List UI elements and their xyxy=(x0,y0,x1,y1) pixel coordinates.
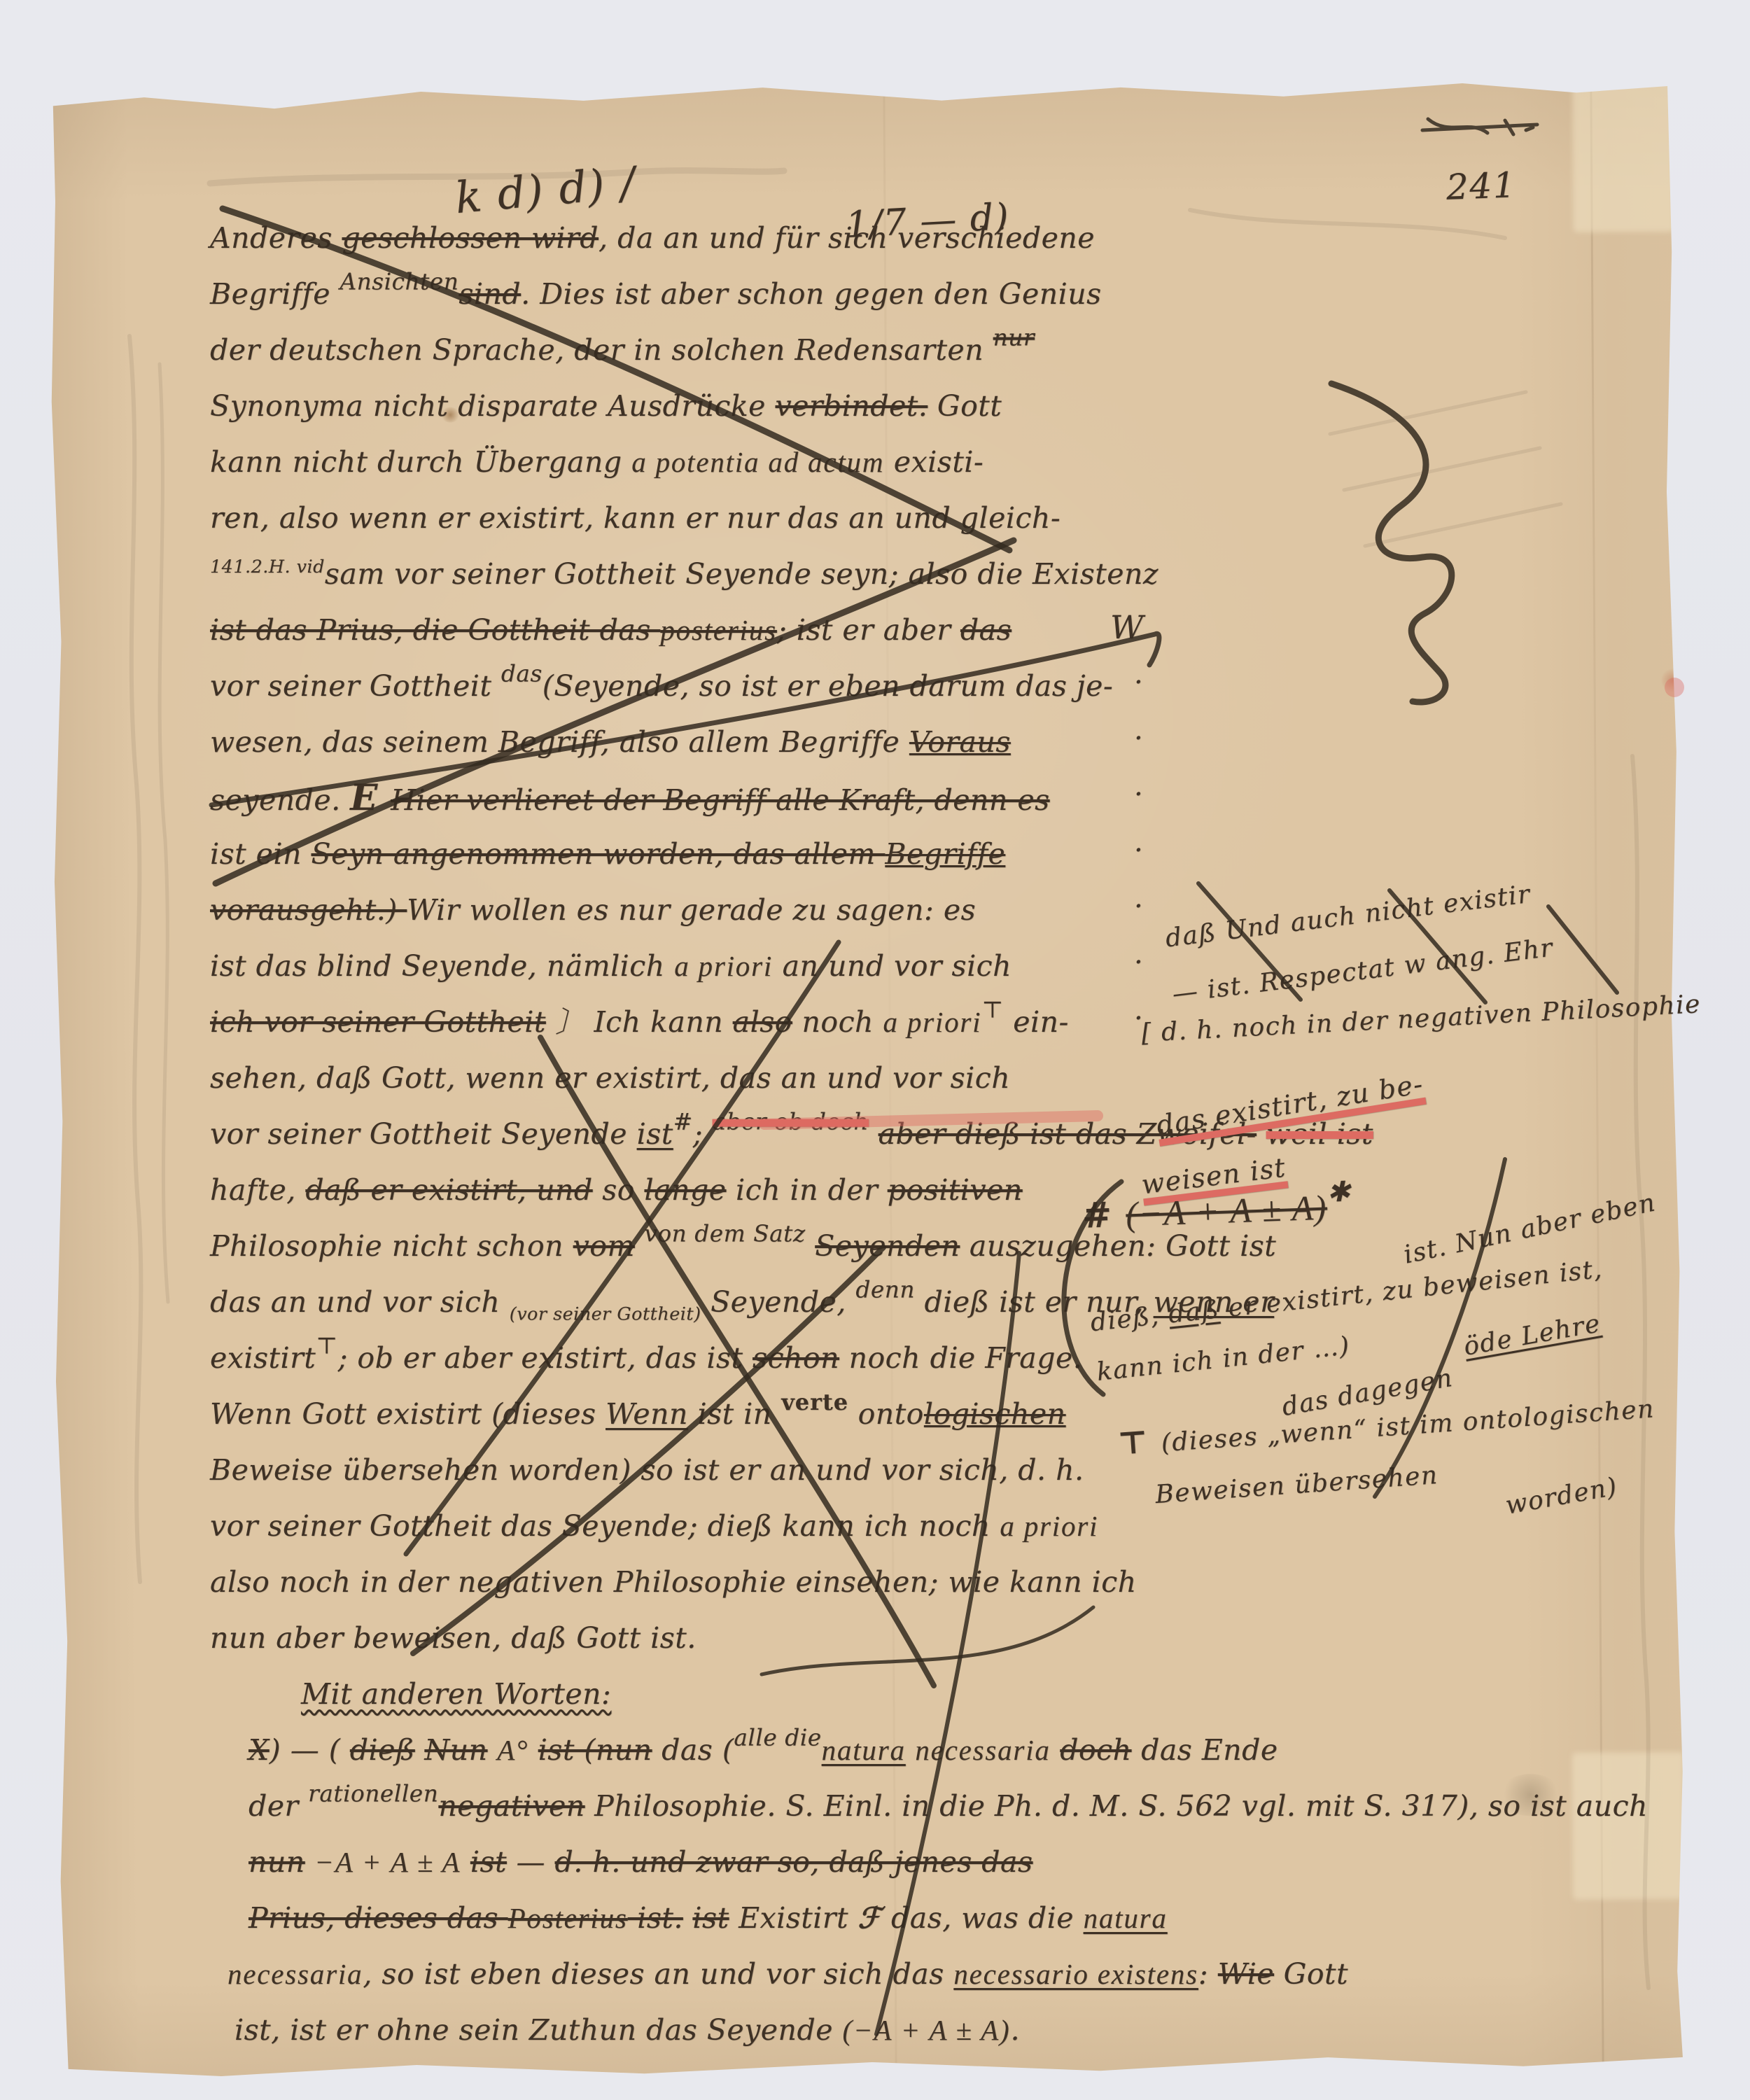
manuscript-line: vor seiner Gottheit das(Seyende, so ist … xyxy=(210,658,1638,714)
text-segment: Wir wollen es nur gerade zu sagen: es xyxy=(407,893,976,927)
text-segment: Voraus xyxy=(909,725,1011,759)
text-segment: Ansichten xyxy=(340,254,459,310)
text-segment: ist, ist er ohne sein Zuthun das Seyende xyxy=(234,2013,843,2047)
text-segment: Gott xyxy=(1274,1957,1348,1991)
manuscript-line: der rationellennegativen Philosophie. S.… xyxy=(210,1778,1638,1834)
text-segment: . xyxy=(1010,2013,1020,2047)
text-segment: vorausgeht.) xyxy=(210,893,407,927)
manuscript-line: vor seiner Gottheit Seyende ist#; aber o… xyxy=(210,1106,1638,1162)
text-segment: Prius, dieses das xyxy=(248,1901,508,1935)
text-segment: (−A + A ± A) xyxy=(1125,1188,1328,1234)
text-segment: denn xyxy=(855,1262,915,1318)
manuscript-line: Begriffe Ansichtensind. Dies ist aber sc… xyxy=(210,266,1638,322)
text-segment: vom xyxy=(573,1229,635,1263)
text-segment: −A + A ± A xyxy=(314,1846,461,1878)
note-line: · xyxy=(1134,934,1144,990)
text-segment: daß er existirt, und xyxy=(305,1173,592,1207)
text-segment: : xyxy=(1198,1957,1218,1991)
text-segment: ; xyxy=(693,1117,713,1151)
text-segment xyxy=(528,1733,538,1767)
text-segment: sind xyxy=(458,277,521,311)
text-segment: necessaria xyxy=(227,1958,363,1990)
manuscript-line: ren, also wenn er existirt, kann er nur … xyxy=(210,490,1638,546)
text-segment: Nun xyxy=(424,1733,487,1767)
manuscript-line: Synonyma nicht disparate Ausdrücke verbi… xyxy=(210,378,1638,434)
dots-column: ······· xyxy=(1134,654,1144,1046)
text-segment: ℱ xyxy=(858,1901,892,1935)
text-segment: · xyxy=(1134,778,1144,811)
text-segment: sehen, daß Gott, wenn er existirt, das a… xyxy=(210,1061,1010,1095)
text-segment: an und vor sich xyxy=(773,949,1011,983)
text-segment xyxy=(415,1733,425,1767)
text-segment: · xyxy=(1134,722,1144,755)
text-segment: Synonyma nicht disparate Ausdrücke xyxy=(210,389,775,423)
text-segment: vor seiner Gottheit Seyende xyxy=(210,1117,637,1151)
text-segment: Beweise übersehen worden) so ist er an u… xyxy=(210,1453,1084,1487)
text-segment: ⊤ xyxy=(981,982,1003,1038)
text-segment: ⊤ xyxy=(1116,1422,1162,1462)
manuscript-line: 141.2.H. vid sam vor seiner Gottheit Sey… xyxy=(210,546,1638,602)
text-segment: seyende. xyxy=(210,783,350,817)
text-segment: d. h. und zwar so, daß jenes das xyxy=(555,1845,1033,1879)
header-flourish-2: 1/7 — d) xyxy=(844,189,1011,253)
text-segment: verte xyxy=(781,1374,848,1430)
margin-formula: # (−A + A ± A) ✱ xyxy=(1081,1178,1353,1246)
text-segment: also xyxy=(733,1005,792,1039)
text-segment: Gott xyxy=(927,389,1002,423)
text-segment: a priori xyxy=(883,1006,981,1038)
text-segment: Seyn angenommen worden, das allem xyxy=(311,837,885,871)
note-line: # (−A + A ± A) ✱ xyxy=(1081,1178,1353,1246)
text-segment: Existirt xyxy=(729,1901,858,1935)
text-segment: . Dies ist aber schon gegen den Genius xyxy=(521,277,1102,311)
text-segment: ich in der xyxy=(726,1173,887,1207)
text-segment: Wenn xyxy=(605,1397,688,1431)
manuscript-line: also noch in der negativen Philosophie e… xyxy=(210,1554,1638,1610)
text-segment: ist. xyxy=(628,1901,683,1935)
text-segment: existi- xyxy=(884,445,983,479)
manuscript-line: seyende. E Hier verlieret der Begriff al… xyxy=(210,770,1638,826)
text-segment xyxy=(1051,1733,1060,1767)
manuscript-line: hafte, daß er existirt, und so lange ich… xyxy=(210,1162,1638,1218)
text-segment: # xyxy=(1081,1193,1126,1236)
text-segment: ist das Prius, die Gottheit das xyxy=(210,613,660,647)
text-segment: W xyxy=(1110,608,1144,646)
text-segment: · xyxy=(1134,834,1144,867)
text-segment: ist xyxy=(692,1901,729,1935)
manuscript-line: nun aber beweisen, daß Gott ist. xyxy=(210,1610,1638,1666)
text-segment: · xyxy=(1134,946,1144,979)
text-segment: (Seyende, so ist er eben darum das je- xyxy=(542,669,1113,703)
text-segment: der deutschen Sprache, der in solchen Re… xyxy=(210,333,993,367)
text-segment: Philosophie. S. Einl. in die Ph. d. M. S… xyxy=(585,1789,1648,1823)
text-segment: E xyxy=(350,777,391,819)
text-segment: ein- xyxy=(1004,1005,1069,1039)
text-segment: kann nicht durch Übergang xyxy=(210,445,631,479)
text-segment: Wenn Gott existirt (dieses xyxy=(210,1397,605,1431)
text-segment: nur xyxy=(993,310,1035,366)
text-segment: aber ob doch xyxy=(713,1094,869,1150)
text-segment xyxy=(305,1845,315,1879)
text-segment: das, was die xyxy=(891,1901,1084,1935)
text-segment: das xyxy=(960,613,1011,647)
text-segment xyxy=(683,1901,693,1935)
text-segment xyxy=(635,1229,645,1263)
text-segment: ist (nun xyxy=(538,1733,652,1767)
manuscript-line: kann nicht durch Übergang a potentia ad … xyxy=(210,434,1638,490)
text-segment: Seyende, xyxy=(701,1285,856,1319)
text-segment: noch xyxy=(792,1005,883,1039)
manuscript-line: nun −A + A ± A ist — d. h. und zwar so, … xyxy=(210,1834,1638,1890)
text-segment: Mit anderen Worten: xyxy=(301,1677,611,1711)
manuscript-line: Mit anderen Worten: xyxy=(210,1666,1638,1722)
note-line: · xyxy=(1134,822,1144,878)
text-segment: doch xyxy=(1060,1733,1131,1767)
text-segment: öde Lehre xyxy=(1462,1309,1603,1361)
manuscript-line: ist ein Seyn angenommen worden, das alle… xyxy=(210,826,1638,882)
text-segment: Philosophie nicht schon xyxy=(210,1229,573,1263)
text-segment: 〕 xyxy=(546,1005,594,1039)
manuscript-line: wesen, das seinem Begriff, also allem Be… xyxy=(210,714,1638,770)
text-segment: rationellen xyxy=(308,1766,438,1822)
note-line: · xyxy=(1134,710,1144,766)
text-segment: das ( xyxy=(652,1733,734,1767)
text-segment: onto xyxy=(858,1397,924,1431)
text-segment: posterius xyxy=(660,614,777,646)
text-segment xyxy=(869,1117,878,1151)
text-segment: vor seiner Gottheit xyxy=(210,669,501,703)
text-segment: ; ist er aber xyxy=(777,613,960,647)
text-segment: lange xyxy=(644,1173,726,1207)
text-segment xyxy=(906,1733,916,1767)
text-segment: verbindet. xyxy=(775,389,927,423)
manuscript-line: ist das Prius, die Gottheit das posteriu… xyxy=(210,602,1638,658)
manuscript-line: necessaria, so ist eben dieses an und vo… xyxy=(210,1946,1638,2002)
text-segment: logischen xyxy=(924,1397,1066,1431)
text-segment: · xyxy=(1134,666,1144,699)
text-segment: nun aber beweisen, daß Gott ist. xyxy=(210,1621,696,1655)
text-segment: negativen xyxy=(438,1789,584,1823)
text-segment xyxy=(461,1845,470,1879)
manuscript-line: der deutschen Sprache, der in solchen Re… xyxy=(210,322,1638,378)
note-line: W xyxy=(1110,599,1144,655)
text-segment: also noch in der negativen Philosophie e… xyxy=(210,1565,1137,1599)
margin-w-mark: W xyxy=(1110,599,1144,655)
text-segment: so xyxy=(593,1173,645,1207)
stain xyxy=(1660,668,1685,692)
text-segment: ist xyxy=(470,1845,507,1879)
text-segment: ⊤ xyxy=(316,1318,337,1374)
text-segment: der xyxy=(248,1789,308,1823)
text-segment xyxy=(806,1229,815,1263)
note-line: 1/7 — d) xyxy=(844,189,1011,253)
text-segment: 1/7 — d) xyxy=(845,196,1011,246)
text-segment: Posterius xyxy=(508,1902,628,1934)
repair-patch xyxy=(1572,78,1674,232)
text-segment: natura xyxy=(1084,1902,1168,1934)
text-segment: das an und vor sich xyxy=(210,1285,510,1319)
text-segment: A° xyxy=(497,1734,528,1766)
note-line: · xyxy=(1134,766,1144,822)
text-segment: Hier verlieret der Begriff alle Kraft, d… xyxy=(391,783,1050,817)
text-segment: a potentia ad actum xyxy=(631,446,884,478)
text-segment: — xyxy=(507,1845,555,1879)
text-segment: necessario existens xyxy=(953,1958,1198,1990)
text-segment: ich vor seiner Gottheit xyxy=(210,1005,546,1039)
text-segment xyxy=(488,1733,498,1767)
text-segment: von dem Satz xyxy=(644,1206,805,1262)
text-segment: das Ende xyxy=(1132,1733,1278,1767)
page-number: 241 xyxy=(1445,157,1518,215)
text-segment: ist in xyxy=(688,1397,781,1431)
text-segment: necessaria xyxy=(915,1734,1050,1766)
text-segment: existirt xyxy=(210,1341,316,1375)
text-segment: (vor seiner Gottheit) xyxy=(510,1285,701,1341)
main-text-block: Anderes geschlossen wird, da an und für … xyxy=(210,210,1638,2058)
text-segment: Wie xyxy=(1218,1957,1274,1991)
text-segment: (−A + A ± A) xyxy=(843,2014,1011,2046)
text-segment: daß xyxy=(1167,1295,1221,1329)
text-segment: a priori xyxy=(1000,1510,1098,1542)
text-segment: positiven xyxy=(888,1173,1023,1207)
text-segment: ist das blind Seyende, nämlich xyxy=(210,949,674,983)
manuscript-line: vor seiner Gottheit das Seyende; dieß ka… xyxy=(210,1498,1638,1554)
text-segment: wesen, das seinem Begriff, also allem Be… xyxy=(210,725,909,759)
text-segment: · xyxy=(1134,890,1144,923)
text-segment: ✱ xyxy=(1326,1164,1352,1221)
text-segment: Ich kann xyxy=(594,1005,732,1039)
text-segment: Begriffe xyxy=(210,277,340,311)
text-segment: worden) xyxy=(1504,1472,1620,1520)
text-segment: geschlossen wird xyxy=(342,221,598,255)
text-segment xyxy=(848,1397,858,1431)
text-segment: das xyxy=(501,646,542,702)
note-line: · xyxy=(1134,878,1144,934)
text-segment: dieß, xyxy=(1089,1301,1170,1337)
manuscript-line: ist, ist er ohne sein Zuthun das Seyende… xyxy=(210,2002,1638,2058)
note-line: 241 xyxy=(1445,157,1518,215)
text-segment: a priori xyxy=(674,950,773,982)
text-segment: ; ob er aber existirt, das ist xyxy=(338,1341,752,1375)
text-segment: Beweisen übersehen xyxy=(1154,1461,1439,1509)
note-line: · xyxy=(1134,654,1144,710)
text-segment: # xyxy=(673,1094,693,1150)
text-segment: ) — ( xyxy=(269,1733,350,1767)
text-segment: X xyxy=(248,1733,269,1767)
text-segment: dieß xyxy=(350,1733,415,1767)
text-segment: ren, also wenn er existirt, kann er nur … xyxy=(210,501,1060,535)
text-segment: hafte, xyxy=(210,1173,305,1207)
text-segment: ist xyxy=(637,1117,673,1151)
text-segment: sam vor seiner Gottheit Seyende seyn; al… xyxy=(325,557,1158,591)
text-segment: nun xyxy=(248,1845,305,1879)
text-segment: noch die Frage. xyxy=(839,1341,1082,1375)
text-segment: Anderes xyxy=(210,221,342,255)
text-segment: Seyenden xyxy=(815,1229,960,1263)
manuscript-line: Prius, dieses das Posterius ist. ist Exi… xyxy=(210,1890,1638,1946)
text-segment: ist ein xyxy=(210,837,311,871)
text-segment: vor seiner Gottheit das Seyende; dieß ka… xyxy=(210,1509,1000,1543)
text-segment: schon xyxy=(752,1341,839,1375)
text-segment: natura xyxy=(822,1734,906,1766)
text-segment: 241 xyxy=(1445,164,1517,207)
text-segment: alle die xyxy=(734,1710,821,1766)
scan-background: { "document_type": "handwritten manuscri… xyxy=(0,0,1750,2100)
text-segment: , so ist eben dieses an und vor sich das xyxy=(363,1957,953,1991)
text-segment: Begriffe xyxy=(885,837,1005,871)
text-segment: 141.2.H. vid xyxy=(210,538,325,594)
